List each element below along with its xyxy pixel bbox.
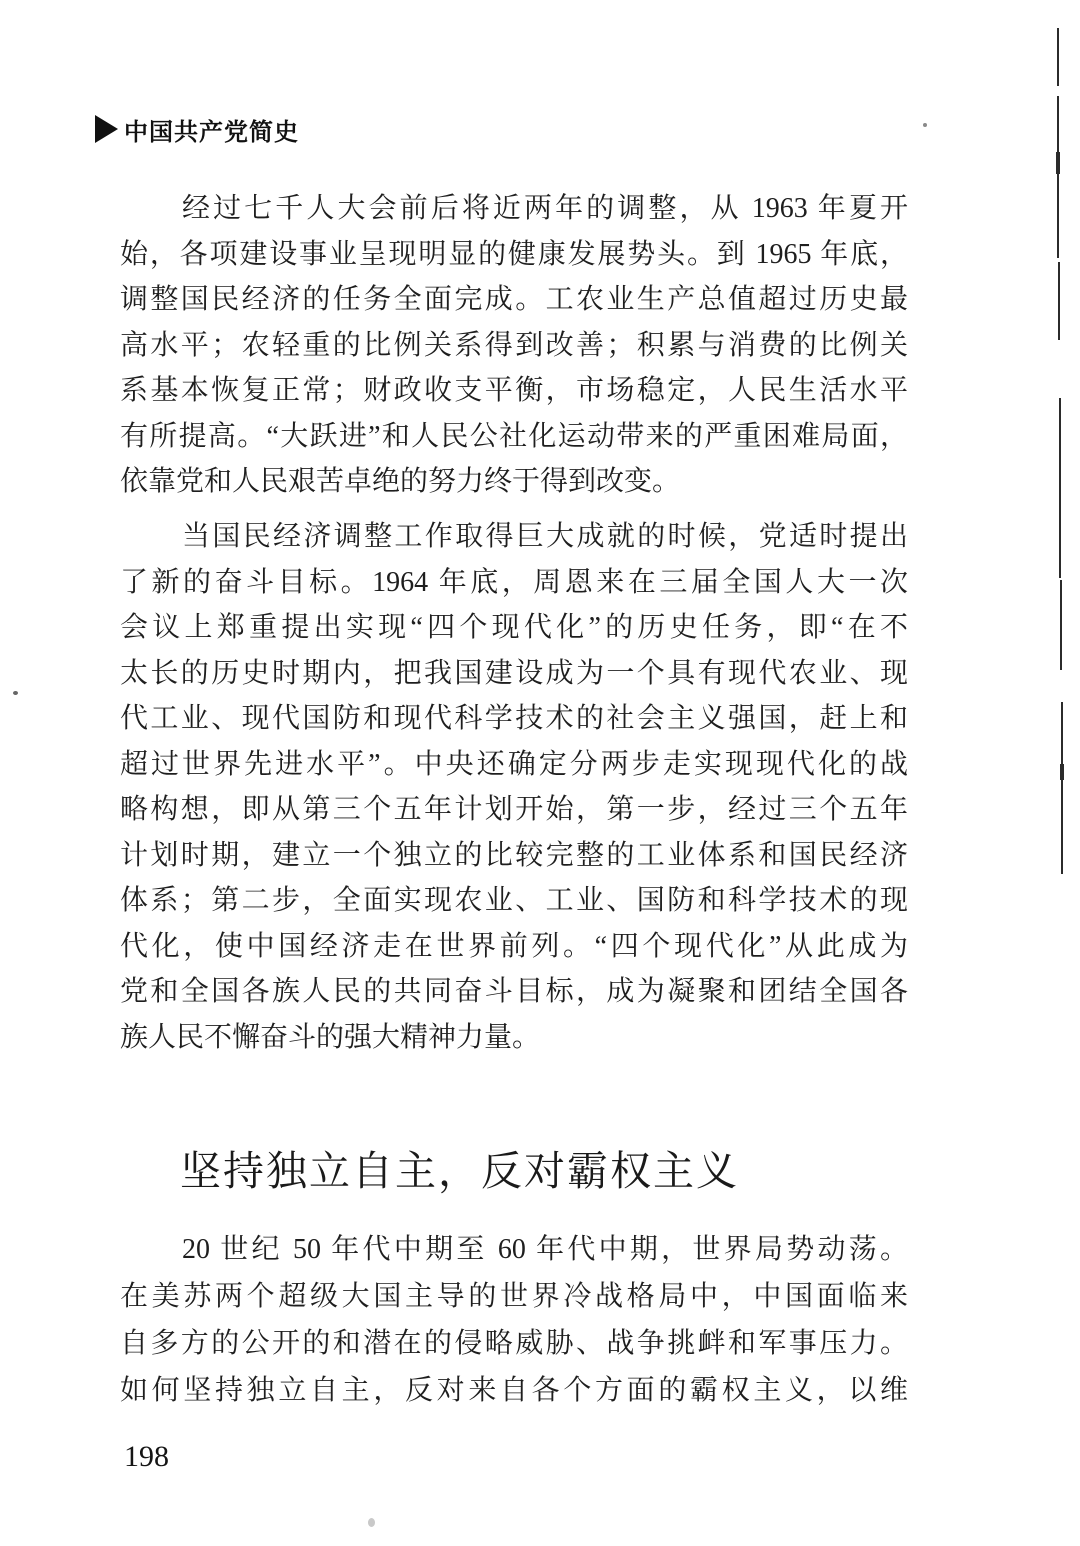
book-page: 中国共产党简史 经过七千人大会前后将近两年的调整，从 1963 年夏开始，各项建…: [0, 0, 1080, 1546]
text-line: 系基本恢复正常；财政收支平衡，市场稳定，人民生活水平: [120, 368, 908, 414]
text-line: 有所提高。“大跃进”和人民公社化运动带来的严重困难局面，: [120, 414, 908, 460]
book-title: 中国共产党简史: [124, 112, 299, 147]
text-line: 略构想，即从第三个五年计划开始，第一步，经过三个五年: [120, 787, 908, 833]
text-line: 始，各项建设事业呈现明显的健康发展势头。到 1965 年底，: [120, 232, 908, 278]
running-header: 中国共产党简史: [95, 112, 299, 146]
text-line: 自多方的公开的和潜在的侵略威胁、战争挑衅和军事压力。: [120, 1320, 908, 1367]
text-line: 依靠党和人民艰苦卓绝的努力终于得到改变。: [120, 459, 908, 505]
text-line: 在美苏两个超级大国主导的世界冷战格局中，中国面临来: [120, 1273, 908, 1320]
scan-edge-line: [1060, 764, 1064, 780]
scan-edge-line: [1057, 28, 1059, 86]
text-line: 计划时期，建立一个独立的比较完整的工业体系和国民经济: [120, 833, 908, 879]
text-line: 经过七千人大会前后将近两年的调整，从 1963 年夏开: [120, 186, 908, 232]
scan-edge-line: [1056, 152, 1060, 174]
scan-edge-line: [1059, 398, 1061, 578]
paragraph-four-modernizations: 当国民经济调整工作取得巨大成就的时候，党适时提出了新的奋斗目标。1964 年底，…: [120, 514, 908, 1060]
text-line: 当国民经济调整工作取得巨大成就的时候，党适时提出: [120, 514, 908, 560]
text-line: 代工业、现代国防和现代科学技术的社会主义强国，赶上和: [120, 696, 908, 742]
text-line: 太长的历史时期内，把我国建设成为一个具有现代农业、现: [120, 651, 908, 697]
text-line: 调整国民经济的任务全面完成。工农业生产总值超过历史最: [120, 277, 908, 323]
text-line: 体系；第二步，全面实现农业、工业、国防和科学技术的现: [120, 878, 908, 924]
scan-speck: [923, 123, 927, 127]
scan-edge-line: [1058, 262, 1060, 340]
text-line: 代化，使中国经济走在世界前列。“四个现代化”从此成为: [120, 924, 908, 970]
text-line: 族人民不懈奋斗的强大精神力量。: [120, 1015, 908, 1061]
text-line: 高水平；农轻重的比例关系得到改善；积累与消费的比例关: [120, 323, 908, 369]
scan-speck: [368, 1518, 375, 1527]
paragraph-economy-adjustment: 经过七千人大会前后将近两年的调整，从 1963 年夏开始，各项建设事业呈现明显的…: [120, 186, 908, 505]
scan-speck: [13, 691, 18, 695]
text-line: 了新的奋斗目标。1964 年底，周恩来在三届全国人大一次: [120, 560, 908, 606]
text-line: 超过世界先进水平”。中央还确定分两步走实现现代化的战: [120, 742, 908, 788]
text-line: 如何坚持独立自主，反对来自各个方面的霸权主义，以维: [120, 1367, 908, 1414]
paragraph-independence-hegemony: 20 世纪 50 年代中期至 60 年代中期，世界局势动荡。在美苏两个超级大国主…: [120, 1226, 908, 1414]
page-number: 198: [124, 1440, 169, 1474]
text-line: 党和全国各族人民的共同奋斗目标，成为凝聚和团结全国各: [120, 969, 908, 1015]
scan-edge-line: [1061, 702, 1063, 874]
section-heading: 坚持独立自主，反对霸权主义: [180, 1138, 940, 1197]
scan-edge-line: [1057, 96, 1059, 258]
text-line: 20 世纪 50 年代中期至 60 年代中期，世界局势动荡。: [120, 1226, 908, 1273]
scan-edge-line: [1060, 580, 1062, 670]
triangle-right-icon: [95, 115, 118, 143]
text-line: 会议上郑重提出实现“四个现代化”的历史任务，即“在不: [120, 605, 908, 651]
